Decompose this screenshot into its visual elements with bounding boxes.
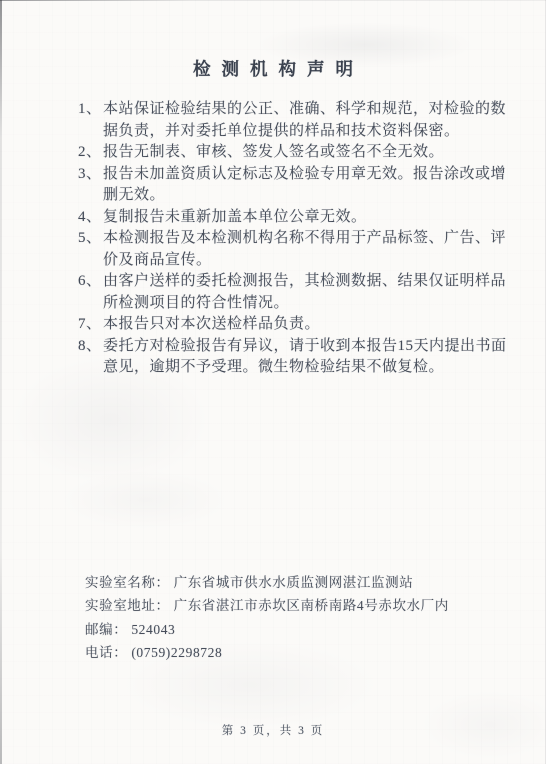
lab-address-line: 实验室地址：广东省湛江市赤坎区南桥南路4号赤坎水厂内	[85, 594, 449, 617]
statement-item: 2、 报告无制表、审核、签发人签名或签名不全无效。	[78, 142, 510, 164]
lab-address-value: 广东省湛江市赤坎区南桥南路4号赤坎水厂内	[174, 598, 449, 613]
item-text: 由客户送样的委托检测报告，其检测数据、结果仅证明样品所检测项目的符合性情况。	[103, 271, 507, 314]
statement-item: 5、 本检测报告及本检测机构名称不得用于产品标签、广告、评价及商品宣传。	[78, 228, 510, 271]
statement-item: 6、 由客户送样的委托检测报告，其检测数据、结果仅证明样品所检测项目的符合性情况…	[78, 271, 510, 314]
postcode-line: 邮编：524043	[85, 618, 449, 641]
lab-info-block: 实验室名称：广东省城市供水水质监测网湛江监测站 实验室地址：广东省湛江市赤坎区南…	[85, 571, 449, 665]
phone-line: 电话：(0759)2298728	[85, 641, 449, 664]
item-number: 5、	[78, 228, 103, 271]
statement-item: 8、 委托方对检验报告有异议，请于收到本报告15天内提出书面意见，逾期不予受理。…	[78, 336, 510, 379]
phone-value: (0759)2298728	[131, 645, 222, 660]
item-text: 本报告只对本次送检样品负责。	[103, 314, 507, 336]
item-number: 1、	[78, 99, 103, 142]
item-number: 2、	[78, 142, 103, 164]
item-number: 4、	[78, 207, 103, 229]
phone-label: 电话：	[85, 645, 127, 660]
lab-name-label: 实验室名称：	[85, 575, 170, 590]
page-number-footer: 第 3 页，共 3 页	[0, 722, 546, 738]
item-text: 复制报告未重新加盖本单位公章无效。	[103, 207, 507, 229]
postcode-value: 524043	[131, 622, 175, 637]
lab-address-label: 实验室地址：	[85, 598, 170, 613]
item-number: 7、	[78, 314, 103, 336]
lab-name-line: 实验室名称：广东省城市供水水质监测网湛江监测站	[85, 571, 449, 594]
statement-item: 7、 本报告只对本次送检样品负责。	[78, 314, 510, 336]
lab-name-value: 广东省城市供水水质监测网湛江监测站	[174, 575, 414, 590]
statement-list: 1、 本站保证检验结果的公正、准确、科学和规范，对检验的数据负责，并对委托单位提…	[78, 99, 510, 379]
statement-item: 4、 复制报告未重新加盖本单位公章无效。	[78, 207, 510, 229]
item-text: 本检测报告及本检测机构名称不得用于产品标签、广告、评价及商品宣传。	[103, 228, 507, 271]
statement-item: 1、 本站保证检验结果的公正、准确、科学和规范，对检验的数据负责，并对委托单位提…	[78, 99, 510, 142]
page-title: 检测机构声明	[0, 56, 546, 81]
statement-item: 3、 报告未加盖资质认定标志及检验专用章无效。报告涂改或增删无效。	[78, 164, 510, 207]
scan-smudge	[60, 470, 230, 530]
postcode-label: 邮编：	[85, 622, 127, 637]
item-text: 报告未加盖资质认定标志及检验专用章无效。报告涂改或增删无效。	[103, 164, 507, 207]
item-text: 本站保证检验结果的公正、准确、科学和规范，对检验的数据负责，并对委托单位提供的样…	[103, 99, 507, 142]
item-number: 3、	[78, 164, 103, 207]
item-text: 报告无制表、审核、签发人签名或签名不全无效。	[103, 142, 507, 164]
scan-edge-top	[0, 0, 546, 1]
item-text: 委托方对检验报告有异议，请于收到本报告15天内提出书面意见，逾期不予受理。微生物…	[103, 336, 507, 379]
scanned-document-page: 检测机构声明 1、 本站保证检验结果的公正、准确、科学和规范，对检验的数据负责，…	[0, 0, 546, 764]
scan-edge-left	[0, 0, 2, 764]
item-number: 6、	[78, 271, 103, 314]
item-number: 8、	[78, 336, 103, 379]
